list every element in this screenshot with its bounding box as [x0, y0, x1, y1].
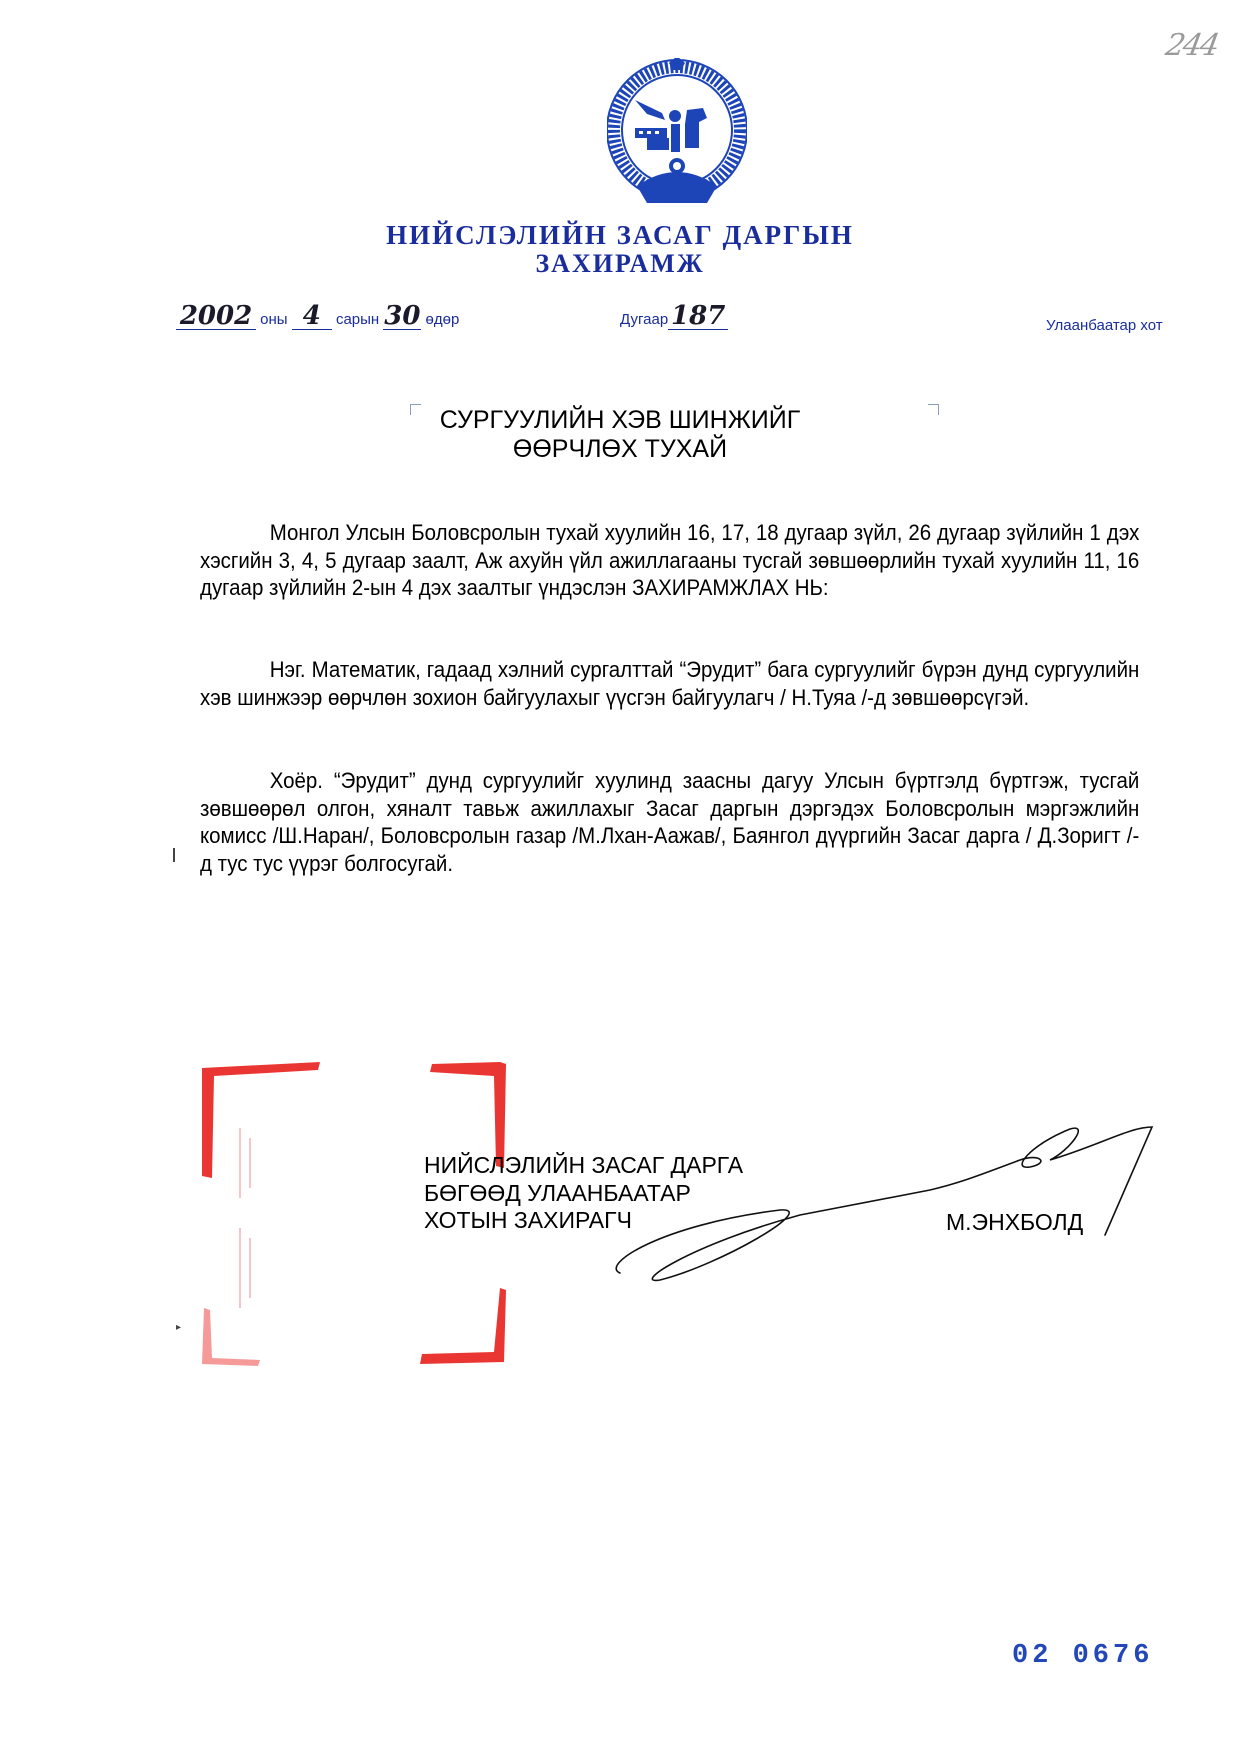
- document-number-label: Дугаар: [620, 311, 668, 328]
- document-title-line-1: СУРГУУЛИЙН ХЭВ ШИНЖИЙГ: [0, 406, 1240, 435]
- preamble-paragraph: Монгол Улсын Боловсролын тухай хуулийн 1…: [200, 519, 1139, 602]
- date-year: 2002: [176, 303, 256, 330]
- handwritten-page-number: 244: [1163, 28, 1220, 63]
- document-number: 187: [668, 303, 728, 330]
- date-year-label: оны: [260, 311, 287, 328]
- paragraph-text: Монгол Улсын Боловсролын тухай хуулийн 1…: [200, 519, 1139, 602]
- margin-mark: [173, 848, 175, 862]
- date-month-label: сарын: [336, 311, 379, 328]
- issuer-heading: НИЙСЛЭЛИЙН ЗАСАГ ДАРГЫН: [0, 220, 1240, 251]
- margin-mark: ▸: [176, 1322, 181, 1333]
- paragraph-text: Хоёр. “Эрудит” дунд сургуулийг хуулинд з…: [200, 767, 1139, 877]
- clause-two-paragraph: Хоёр. “Эрудит” дунд сургуулийг хуулинд з…: [200, 767, 1139, 877]
- date-month: 4: [292, 303, 332, 330]
- signatory-name: М.ЭНХБОЛД: [946, 1209, 1083, 1236]
- document-type-heading: ЗАХИРАМЖ: [0, 249, 1240, 279]
- issue-city: Улаанбаатар хот: [1046, 317, 1163, 334]
- date-field: 2002 оны 4 сарын 30 өдөр: [176, 303, 459, 330]
- clause-one-paragraph: Нэг. Математик, гадаад хэлний сургалттай…: [200, 656, 1139, 711]
- paragraph-text: Нэг. Математик, гадаад хэлний сургалттай…: [200, 656, 1139, 711]
- date-day-label: өдөр: [426, 311, 460, 328]
- document-title-line-2: ӨӨРЧЛӨХ ТУХАЙ: [0, 435, 1240, 464]
- serial-number: 02 0676: [1012, 1641, 1153, 1671]
- document-number-field: Дугаар187: [620, 303, 728, 330]
- state-emblem-icon: [607, 58, 747, 208]
- handwritten-signature-icon: [600, 1115, 1160, 1285]
- date-day: 30: [383, 303, 421, 330]
